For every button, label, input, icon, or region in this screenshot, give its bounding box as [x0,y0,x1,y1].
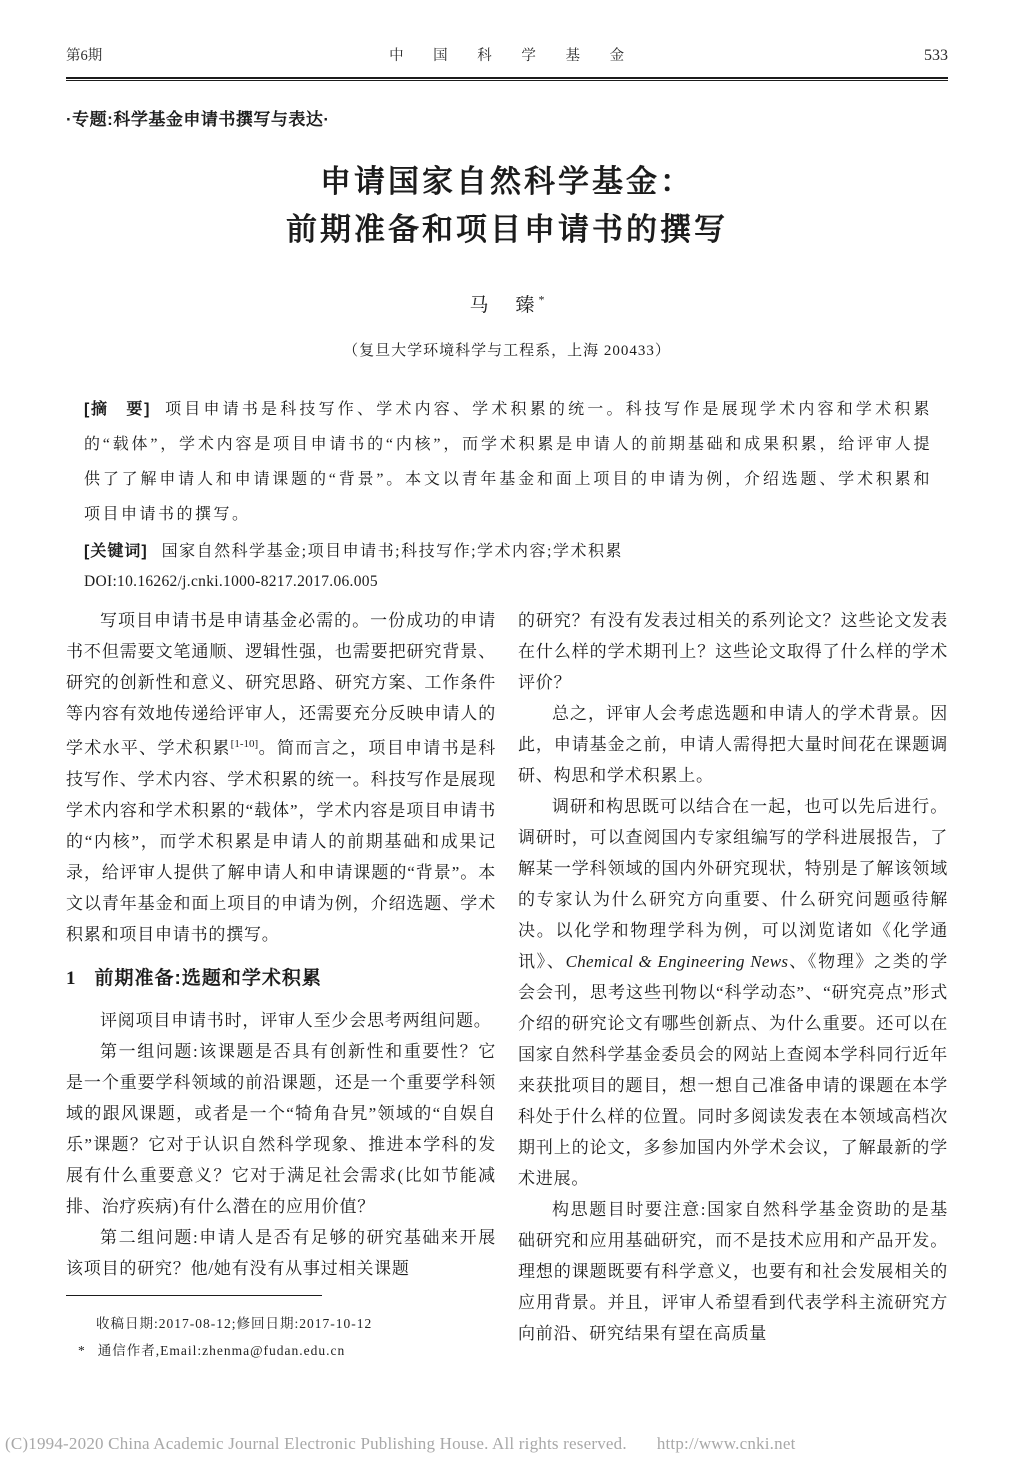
paragraph-continued: 的研究？有没有发表过相关的系列论文？这些论文发表在什么样的学术期刊上？这些论文取… [518,605,948,698]
article-body: 写项目申请书是申请基金必需的。一份成功的申请书不但需要文笔通顺、逻辑性强，也需要… [66,605,948,1349]
keywords: [关键词]国家自然科学基金;项目申请书;科技写作;学术内容;学术积累 [84,538,932,561]
paragraph: 总之，评审人会考虑选题和申请人的学术背景。因此，申请基金之前，申请人需得把大量时… [518,698,948,791]
running-head: 第6期 中 国 科 学 基 金 533 [66,0,948,65]
footnote-block: 收稿日期:2017-08-12;修回日期:2017-10-12 *通信作者,Em… [66,1295,506,1364]
citation-superscript: [1-10] [231,738,259,750]
paragraph: 第二组问题:申请人是否有足够的研究基础来开展该项目的研究？他/她有没有从事过相关… [66,1222,496,1284]
paragraph-intro-text-b: 。简而言之，项目申请书是科技写作、学术内容、学术积累的统一。科技写作是展现学术内… [66,739,496,944]
paragraph: 评阅项目申请书时，评审人至少会思考两组问题。 [66,1005,496,1036]
article-title-line1: 申请国家自然科学基金： [66,158,948,206]
footnote-rule [66,1295,322,1296]
correspondence-marker: * [78,1343,86,1358]
journal-name: 中 国 科 学 基 金 [389,44,637,65]
paragraph-text-b: 、《物理》之类的学会会刊，思考这些刊物以“科学动态”、“研究亮点”形式介绍的研究… [518,952,948,1188]
copyright-text: (C)1994-2020 China Academic Journal Elec… [5,1434,627,1453]
issue-number: 第6期 [66,44,102,65]
section-title: 前期准备:选题和学术积累 [95,968,322,989]
author-corresponding-marker: * [539,293,545,307]
article-title: 申请国家自然科学基金： 前期准备和项目申请书的撰写 [66,158,948,254]
author: 马 臻* [66,290,948,317]
paragraph: 调研和构思既可以结合在一起，也可以先后进行。调研时，可以查阅国内专家组编写的学科… [518,791,948,1194]
page-number: 533 [924,47,948,65]
keywords-text: 国家自然科学基金;项目申请书;科技写作;学术内容;学术积累 [162,543,623,560]
paragraph-intro: 写项目申请书是申请基金必需的。一份成功的申请书不但需要文笔通顺、逻辑性强，也需要… [66,605,496,950]
received-dates: 收稿日期:2017-08-12;修回日期:2017-10-12 [66,1310,506,1337]
correspondence-line: *通信作者,Email:zhenma@fudan.edu.cn [66,1337,506,1364]
topic-line: ·专题:科学基金申请书撰写与表达· [66,105,948,130]
paragraph: 第一组问题:该课题是否具有创新性和重要性？它是一个重要学科领域的前沿课题，还是一… [66,1036,496,1222]
left-column: 写项目申请书是申请基金必需的。一份成功的申请书不但需要文笔通顺、逻辑性强，也需要… [66,605,496,1349]
header-rule [66,77,948,81]
section-number: 1 [66,968,77,989]
journal-title-italic: Chemical & Engineering News [566,952,789,971]
right-column: 的研究？有没有发表过相关的系列论文？这些论文发表在什么样的学术期刊上？这些论文取… [518,605,948,1349]
abstract-label: [摘 要] [84,401,150,418]
section-heading-1: 1前期准备:选题和学术积累 [66,963,496,994]
affiliation: （复旦大学环境科学与工程系，上海 200433） [66,339,948,360]
cnki-copyright-footer: (C)1994-2020 China Academic Journal Elec… [5,1434,1009,1454]
paragraph: 构思题目时要注意:国家自然科学基金资助的是基础研究和应用基础研究，而不是技术应用… [518,1194,948,1349]
abstract: [摘 要]项目申请书是科技写作、学术内容、学术积累的统一。科技写作是展现学术内容… [84,392,932,532]
keywords-label: [关键词] [84,543,148,560]
article-title-line2: 前期准备和项目申请书的撰写 [66,206,948,254]
author-name: 马 臻 [469,295,538,316]
paragraph-text-a: 调研和构思既可以结合在一起，也可以先后进行。调研时，可以查阅国内专家组编写的学科… [518,797,948,971]
paragraph-intro-text-a: 写项目申请书是申请基金必需的。一份成功的申请书不但需要文笔通顺、逻辑性强，也需要… [66,611,496,758]
cnki-url: http://www.cnki.net [657,1434,796,1453]
correspondence-text: 通信作者,Email:zhenma@fudan.edu.cn [98,1343,346,1358]
journal-page: 第6期 中 国 科 学 基 金 533 ·专题:科学基金申请书撰写与表达· 申请… [0,0,1014,1478]
doi: DOI:10.16262/j.cnki.1000-8217.2017.06.00… [84,573,948,591]
abstract-text: 项目申请书是科技写作、学术内容、学术积累的统一。科技写作是展现学术内容和学术积累… [84,401,932,523]
